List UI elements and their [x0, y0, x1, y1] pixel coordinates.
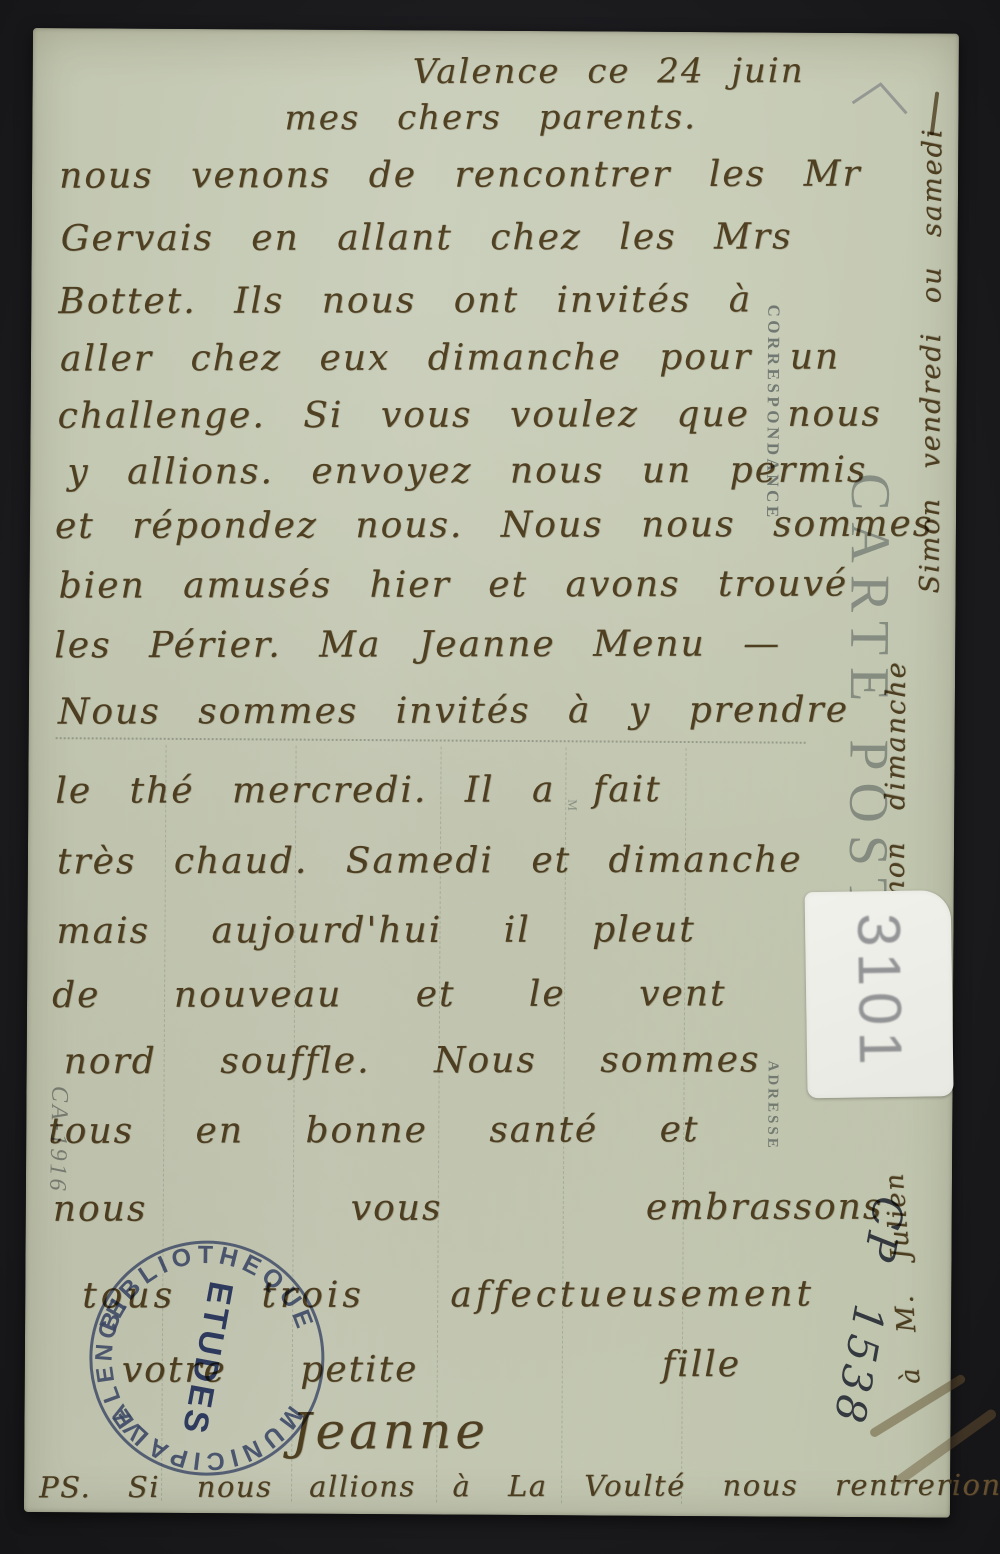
handwriting-line: y allions. envoyez nous un permis — [67, 450, 867, 493]
handwriting-line: challenge. Si vous voulez que nous — [58, 394, 882, 437]
handwriting-line: les Périer. Ma Jeanne Menu — — [54, 623, 781, 666]
handwriting-line: nous venons de rencontrer les Mr — [59, 154, 862, 197]
address-divider-line — [56, 737, 806, 744]
catalog-code-pencil: CA-1916 — [43, 1086, 73, 1194]
postcard-back: CORRESPONDANCE CARTE POSTALE ADRESSE M V… — [24, 28, 959, 1518]
closing-line: fille — [662, 1344, 741, 1385]
handwriting-line: Bottet. Ils nous ont invités à — [58, 279, 752, 322]
handwriting-line: nord souffle. Nous sommes — [64, 1039, 761, 1082]
handwriting-line: et répondez nous. Nous nous sommes — [55, 504, 933, 547]
handwriting-line: mais aujourd'hui il pleut — [56, 909, 695, 952]
handwriting-line: nous vous embrassons — [53, 1187, 884, 1230]
sticker-number: 3101 — [844, 913, 915, 1071]
handwriting-line: le thé mercredi. Il a fait — [55, 769, 661, 812]
handwriting-line: très chaud. Samedi et dimanche — [57, 839, 803, 882]
svg-text:VALENCE: VALENCE — [90, 1292, 150, 1445]
handwriting-line: bien amusés hier et avons trouvé — [59, 564, 849, 607]
handwriting-line: Gervais en allant chez les Mrs — [61, 216, 793, 259]
dateline: Valence ce 24 juin — [413, 51, 805, 92]
salutation: mes chers parents. — [284, 97, 697, 138]
printed-adresse-label: ADRESSE — [763, 1060, 781, 1150]
handwriting-line: de nouveau et le vent — [52, 973, 726, 1016]
handwriting-line: Nous sommes invités à y prendre — [58, 690, 849, 733]
handwriting-line: aller chez eux dimanche pour un — [60, 337, 840, 380]
inventory-sticker: 3101 — [805, 890, 954, 1098]
scan-background: CORRESPONDANCE CARTE POSTALE ADRESSE M V… — [0, 0, 1000, 1554]
stamp-arc-left-text: VALENCE — [90, 1292, 150, 1445]
margin-note-right-top: Simon vendredi ou samedi — [915, 173, 949, 593]
pencil-check-mark — [850, 81, 912, 123]
handwriting-line: tous en bonne santé et — [48, 1109, 699, 1152]
